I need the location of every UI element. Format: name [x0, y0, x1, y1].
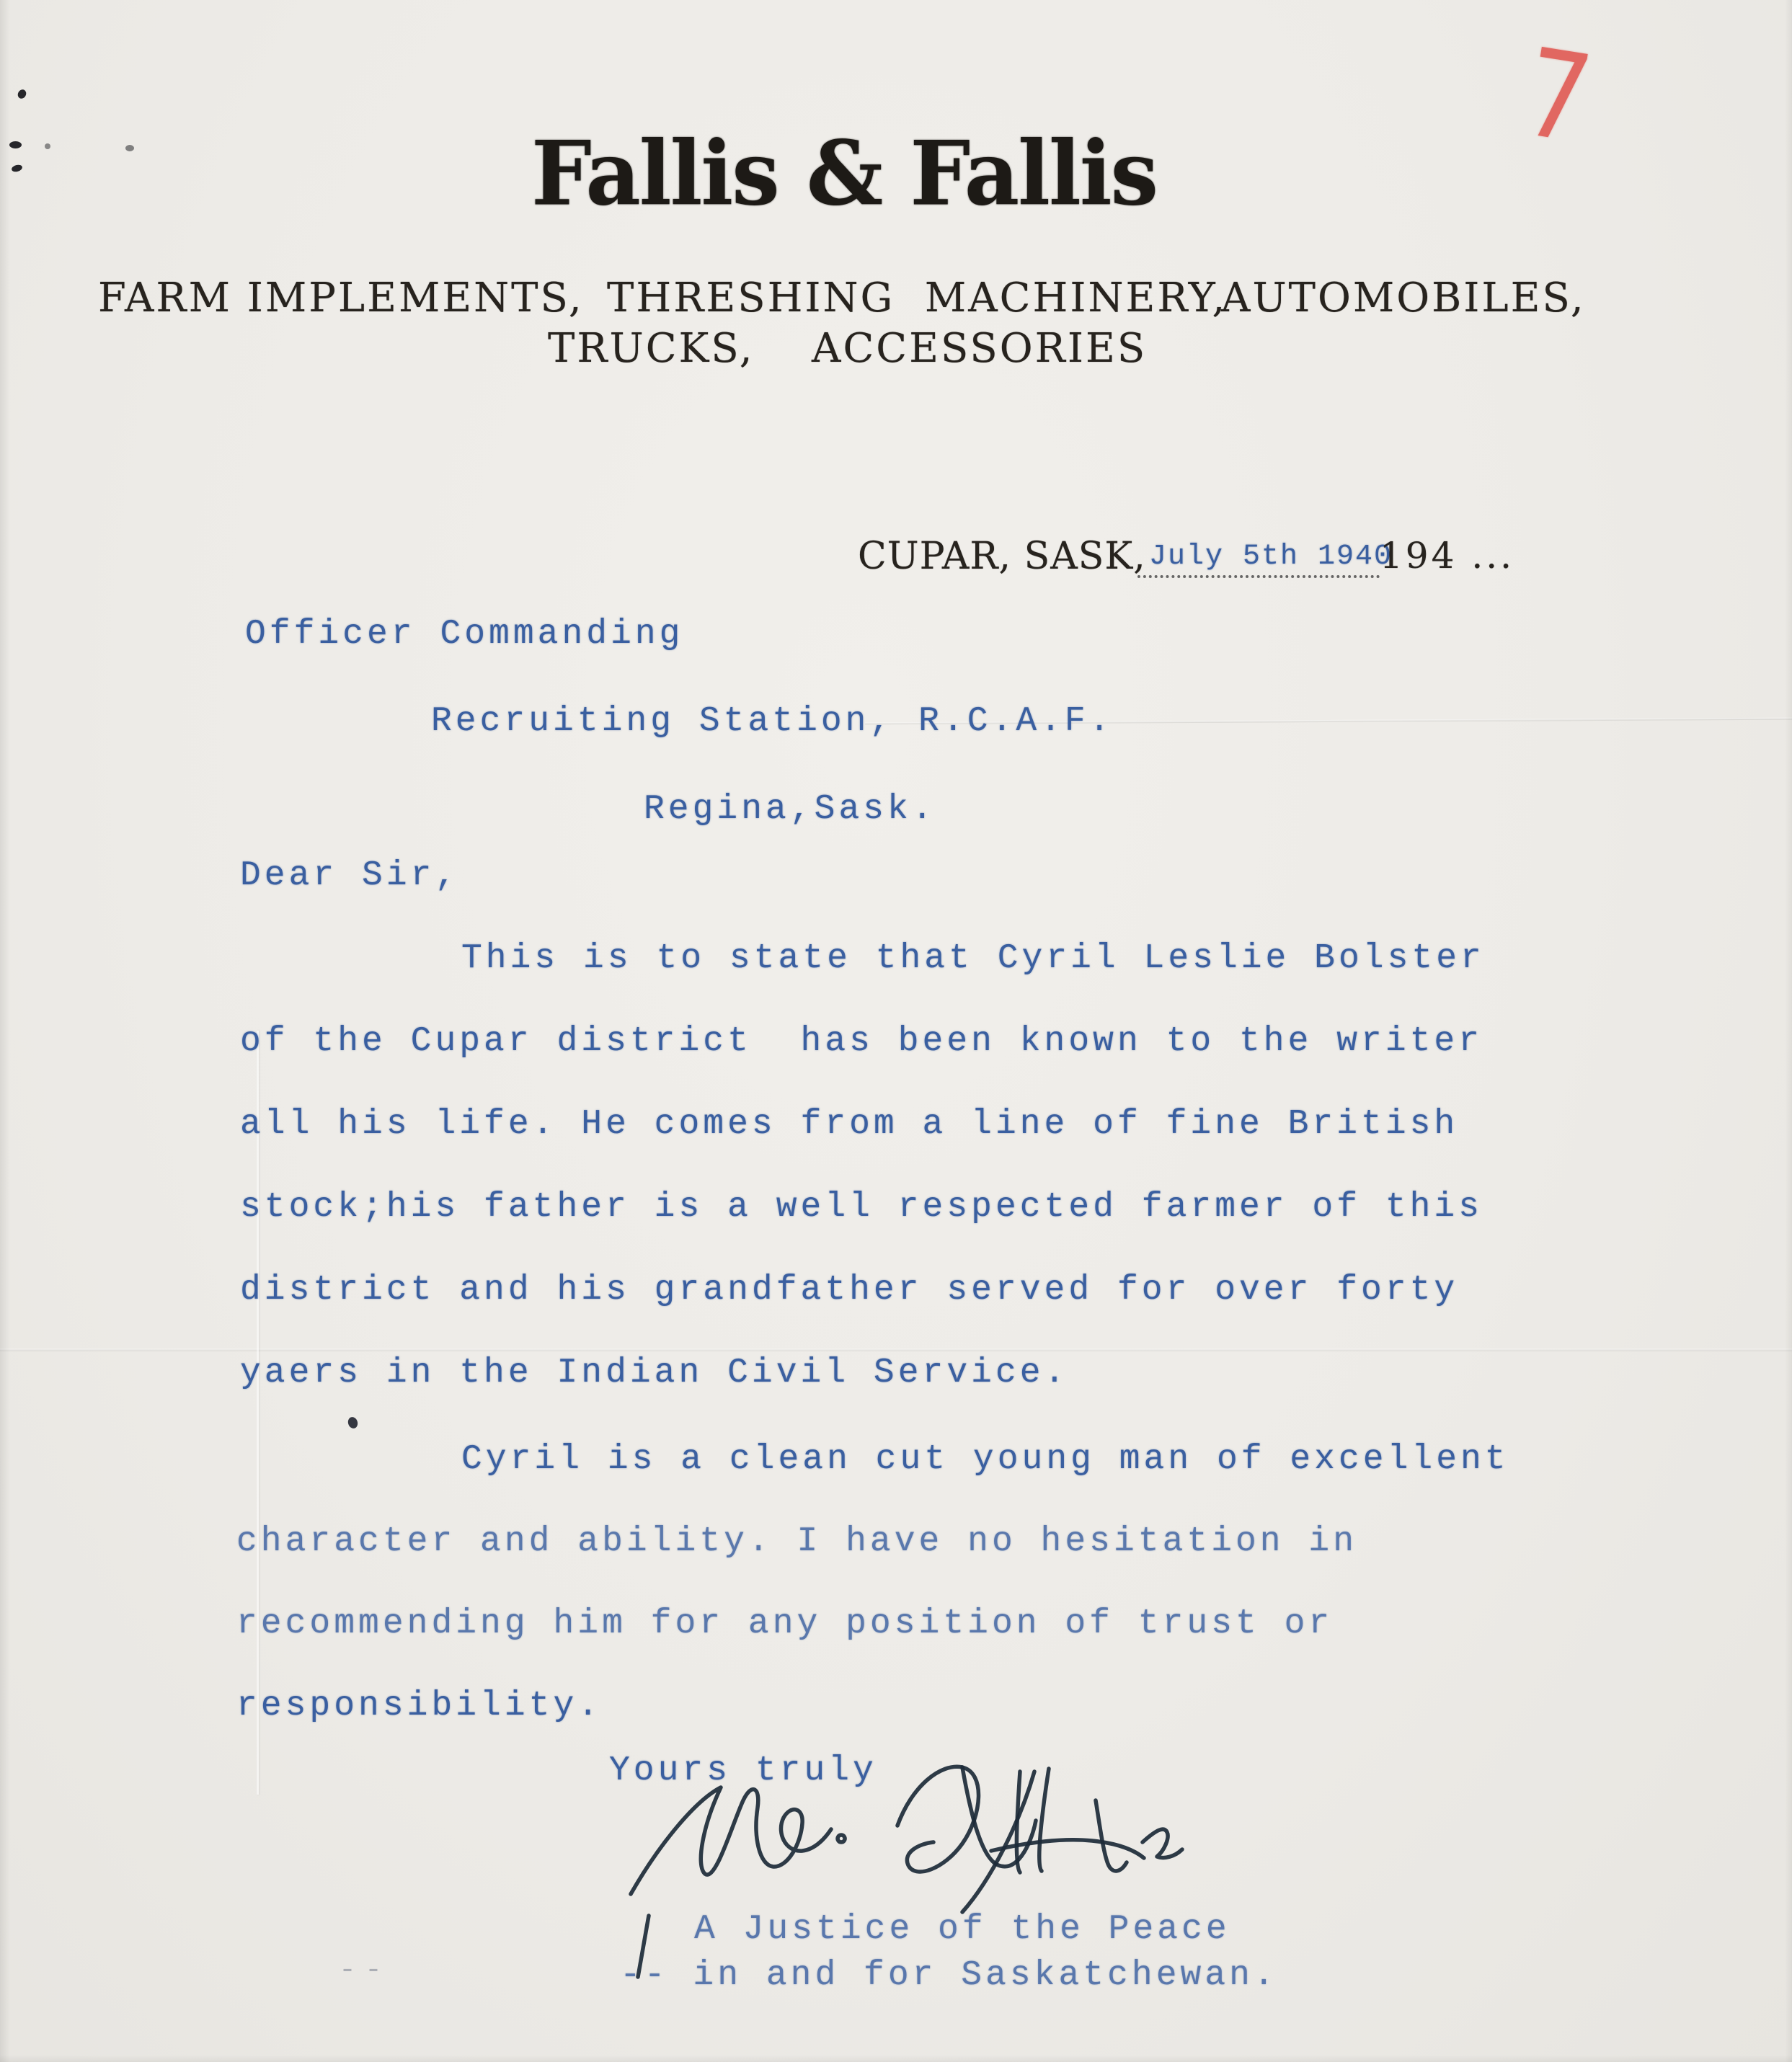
body-line: recommending him for any position of tru… — [236, 1604, 1333, 1643]
signer-title-line: -- in and for Saskatchewan. — [620, 1956, 1278, 1995]
service-item: TRUCKS, — [548, 325, 755, 372]
typed-date: July 5th 1940 — [1149, 541, 1393, 573]
service-item: FARM IMPLEMENTS, — [98, 275, 584, 321]
service-item: AUTOMOBILES, — [1221, 275, 1586, 321]
recipient-line: Officer Commanding — [245, 615, 683, 654]
body-line: district and his grandfather served for … — [240, 1271, 1458, 1310]
recipient-line: Regina,Sask. — [644, 790, 936, 829]
stray-ink-dot — [347, 1416, 359, 1429]
body-line: of the Cupar district has been known to … — [240, 1022, 1483, 1061]
ink-speck — [16, 88, 27, 100]
ink-speck — [9, 141, 22, 148]
fold-crease — [0, 1348, 1792, 1351]
stray-mark-dashes: -- — [339, 1955, 391, 1987]
body-line: This is to state that Cyril Leslie Bolst… — [461, 939, 1485, 978]
service-item: THRESHING MACHINERY, — [607, 275, 1227, 321]
body-line: responsibility. — [236, 1687, 602, 1725]
letter-page: 7 Fallis & Fallis FARM IMPLEMENTS, THRES… — [0, 0, 1792, 2062]
dateline-place: CUPAR, SASK, — [858, 535, 1146, 578]
fold-crease — [257, 1031, 259, 1795]
body-line: stock;his father is a well respected far… — [240, 1188, 1483, 1227]
body-line: character and ability. I have no hesitat… — [236, 1522, 1357, 1561]
ink-speck — [45, 143, 50, 149]
recipient-line: Recruiting Station, R.C.A.F. — [431, 702, 1114, 741]
company-name: Fallis & Fallis — [531, 121, 1157, 226]
body-line: Cyril is a clean cut young man of excell… — [461, 1440, 1509, 1479]
red-pencil-mark: 7 — [1515, 22, 1600, 171]
ink-speck — [11, 164, 23, 173]
signer-title-line: A Justice of the Peace — [694, 1910, 1230, 1949]
service-item: ACCESSORIES — [812, 325, 1147, 372]
body-line: yaers in the Indian Civil Service. — [240, 1354, 1068, 1392]
printed-year: 194 ... — [1380, 535, 1514, 577]
ink-speck — [125, 145, 134, 151]
salutation: Dear Sir, — [240, 856, 459, 895]
body-line: all his life. He comes from a line of fi… — [240, 1105, 1458, 1144]
